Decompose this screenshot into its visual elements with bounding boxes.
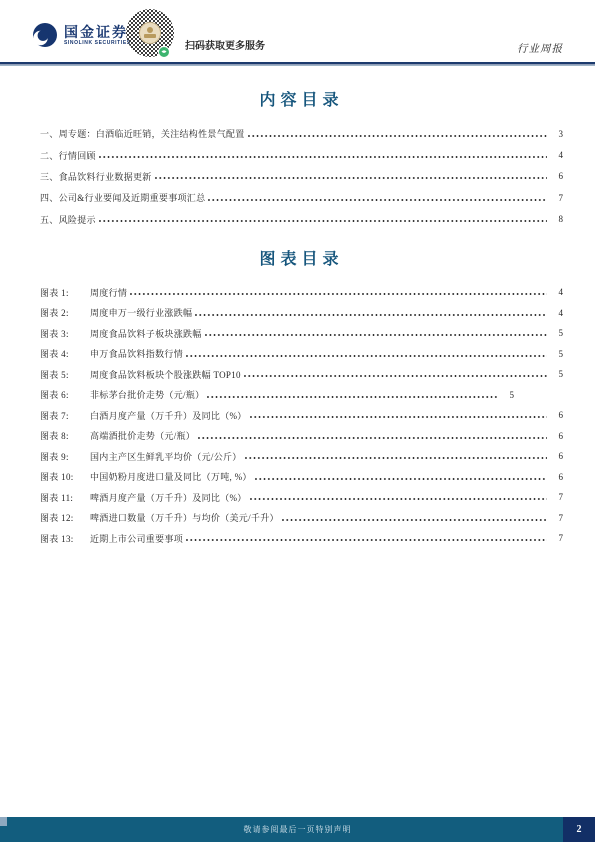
- dot-leader: [248, 135, 547, 137]
- dot-leader: [207, 396, 498, 398]
- figure-entry-label: 周度申万一级行业涨跌幅: [90, 306, 192, 319]
- figure-toc-entry[interactable]: 图表 11: 啤酒月度产量（万千升）及同比（%） 7: [40, 487, 563, 508]
- content-toc-entry[interactable]: 四、公司&行业要闻及近期重要事项汇总 7: [40, 187, 563, 208]
- figure-entry-prefix: 图表 8:: [40, 429, 90, 442]
- page-body: 内容目录 一、周专题：白酒临近旺销，关注结构性景气配置 3 二、行情回顾 4 三…: [0, 90, 595, 548]
- toc-entry-label: 二、行情回顾: [40, 149, 96, 162]
- figure-entry-label: 近期上市公司重要事项: [90, 532, 183, 545]
- content-toc-entry[interactable]: 一、周专题：白酒临近旺销，关注结构性景气配置 3: [40, 123, 563, 144]
- qr-caption: 扫码获取更多服务: [185, 37, 265, 52]
- figure-entry-page: 5: [550, 328, 563, 338]
- figure-entry-page: 7: [550, 492, 563, 502]
- figure-entry-label: 高端酒批价走势（元/瓶）: [90, 429, 195, 442]
- figure-toc-entry[interactable]: 图表 9: 国内主产区生鲜乳平均价（元/公斤） 6: [40, 446, 563, 467]
- report-header: 国金证券 SINOLINK SECURITIES 扫码获取更多服务: [0, 0, 595, 62]
- dot-leader: [186, 355, 547, 357]
- dot-leader: [245, 457, 547, 459]
- figure-entry-page: 7: [550, 533, 563, 543]
- logo-cn-label: 国金证券: [64, 25, 131, 40]
- toc-entry-label: 四、公司&行业要闻及近期重要事项汇总: [40, 191, 205, 204]
- logo-text: 国金证券 SINOLINK SECURITIES: [64, 25, 131, 46]
- figure-entry-label: 啤酒月度产量（万千升）及同比（%）: [90, 491, 247, 504]
- figure-entry-page: 4: [550, 308, 563, 318]
- dot-leader: [99, 156, 547, 158]
- figure-toc-entry[interactable]: 图表 10: 中国奶粉月度进口量及同比（万吨, %） 6: [40, 466, 563, 487]
- sinolink-logo: 国金证券 SINOLINK SECURITIES: [32, 22, 131, 48]
- figure-toc-entry[interactable]: 图表 1: 周度行情 4: [40, 282, 563, 303]
- report-type-label: 行业周报: [517, 41, 563, 56]
- content-toc-list: 一、周专题：白酒临近旺销，关注结构性景气配置 3 二、行情回顾 4 三、食品饮料…: [40, 123, 563, 230]
- page-number: 2: [563, 817, 595, 842]
- toc-entry-page: 7: [550, 193, 563, 203]
- content-toc-entry[interactable]: 二、行情回顾 4: [40, 144, 563, 165]
- footer-disclaimer: 敬请参阅最后一页特别声明: [244, 824, 352, 835]
- figure-entry-prefix: 图表 11:: [40, 491, 90, 504]
- figure-entry-label: 申万食品饮料指数行情: [90, 347, 183, 360]
- figure-entry-page: 6: [550, 431, 563, 441]
- figure-entry-page: 5: [550, 369, 563, 379]
- figure-toc-entry[interactable]: 图表 7: 白酒月度产量（万千升）及同比（%） 6: [40, 405, 563, 426]
- qr-block: 扫码获取更多服务: [125, 8, 265, 60]
- figure-entry-page: 6: [550, 472, 563, 482]
- figure-entry-label: 周度行情: [90, 286, 127, 299]
- logo-en-label: SINOLINK SECURITIES: [64, 40, 131, 46]
- dot-leader: [99, 220, 547, 222]
- toc-entry-label: 一、周专题：白酒临近旺销，关注结构性景气配置: [40, 127, 245, 140]
- dot-leader: [186, 539, 547, 541]
- toc-entry-page: 6: [550, 171, 563, 181]
- figure-entry-label: 啤酒进口数量（万千升）与均价（美元/千升）: [90, 511, 279, 524]
- figure-entry-prefix: 图表 1:: [40, 286, 90, 299]
- figure-entry-prefix: 图表 6:: [40, 388, 90, 401]
- figure-entry-label: 中国奶粉月度进口量及同比（万吨, %）: [90, 470, 252, 483]
- dot-leader: [155, 177, 547, 179]
- dot-leader: [250, 416, 547, 418]
- figure-entry-prefix: 图表 10:: [40, 470, 90, 483]
- figure-entry-label: 周度食品饮料板块个股涨跌幅 TOP10: [90, 368, 241, 381]
- toc-entry-page: 4: [550, 150, 563, 160]
- figure-entry-prefix: 图表 12:: [40, 511, 90, 524]
- figure-toc-entry[interactable]: 图表 8: 高端酒批价走势（元/瓶） 6: [40, 425, 563, 446]
- figure-toc-entry[interactable]: 图表 4: 申万食品饮料指数行情 5: [40, 343, 563, 364]
- figure-toc-list: 图表 1: 周度行情 4 图表 2: 周度申万一级行业涨跌幅 4 图表 3: 周…: [40, 282, 563, 549]
- dot-leader: [130, 293, 547, 295]
- dot-leader: [195, 314, 547, 316]
- qr-code: [125, 8, 175, 60]
- content-toc-title: 内容目录: [40, 90, 563, 112]
- toc-entry-label: 五、风险提示: [40, 213, 96, 226]
- figure-toc-entry[interactable]: 图表 12: 啤酒进口数量（万千升）与均价（美元/千升） 7: [40, 507, 563, 528]
- figure-entry-prefix: 图表 3:: [40, 327, 90, 340]
- figure-toc-entry[interactable]: 图表 3: 周度食品饮料子板块涨跌幅 5: [40, 323, 563, 344]
- figure-entry-prefix: 图表 7:: [40, 409, 90, 422]
- figure-entry-prefix: 图表 5:: [40, 368, 90, 381]
- figure-entry-page: 5: [550, 349, 563, 359]
- dot-leader: [255, 478, 547, 480]
- figure-toc-entry[interactable]: 图表 13: 近期上市公司重要事项 7: [40, 528, 563, 549]
- figure-entry-label: 白酒月度产量（万千升）及同比（%）: [90, 409, 247, 422]
- content-toc-entry[interactable]: 五、风险提示 8: [40, 209, 563, 230]
- figure-toc-title: 图表目录: [40, 249, 563, 271]
- figure-entry-prefix: 图表 2:: [40, 306, 90, 319]
- toc-entry-page: 8: [550, 214, 563, 224]
- figure-entry-page: 5: [501, 390, 514, 400]
- header-divider: [0, 62, 595, 66]
- figure-entry-page: 6: [550, 451, 563, 461]
- footer-corner-notch: [0, 817, 7, 826]
- dot-leader: [205, 334, 547, 336]
- toc-entry-label: 三、食品饮料行业数据更新: [40, 170, 152, 183]
- figure-toc-entry[interactable]: 图表 2: 周度申万一级行业涨跌幅 4: [40, 302, 563, 323]
- dot-leader: [250, 498, 547, 500]
- sinolink-logo-icon: [32, 22, 58, 48]
- figure-entry-prefix: 图表 9:: [40, 450, 90, 463]
- dot-leader: [244, 375, 547, 377]
- figure-entry-page: 6: [550, 410, 563, 420]
- dot-leader: [282, 519, 547, 521]
- figure-entry-label: 周度食品饮料子板块涨跌幅: [90, 327, 202, 340]
- figure-entry-prefix: 图表 13:: [40, 532, 90, 545]
- figure-entry-label: 国内主产区生鲜乳平均价（元/公斤）: [90, 450, 242, 463]
- figure-entry-prefix: 图表 4:: [40, 347, 90, 360]
- page-footer: 敬请参阅最后一页特别声明 2: [0, 817, 595, 842]
- figure-entry-page: 7: [550, 513, 563, 523]
- figure-entry-label: 非标茅台批价走势（元/瓶）: [90, 388, 204, 401]
- content-toc-entry[interactable]: 三、食品饮料行业数据更新 6: [40, 166, 563, 187]
- figure-toc-entry[interactable]: 图表 6: 非标茅台批价走势（元/瓶） 5: [40, 384, 563, 405]
- toc-entry-page: 3: [550, 129, 563, 139]
- figure-toc-entry[interactable]: 图表 5: 周度食品饮料板块个股涨跌幅 TOP10 5: [40, 364, 563, 385]
- figure-entry-page: 4: [550, 287, 563, 297]
- dot-leader: [208, 199, 547, 201]
- dot-leader: [198, 437, 547, 439]
